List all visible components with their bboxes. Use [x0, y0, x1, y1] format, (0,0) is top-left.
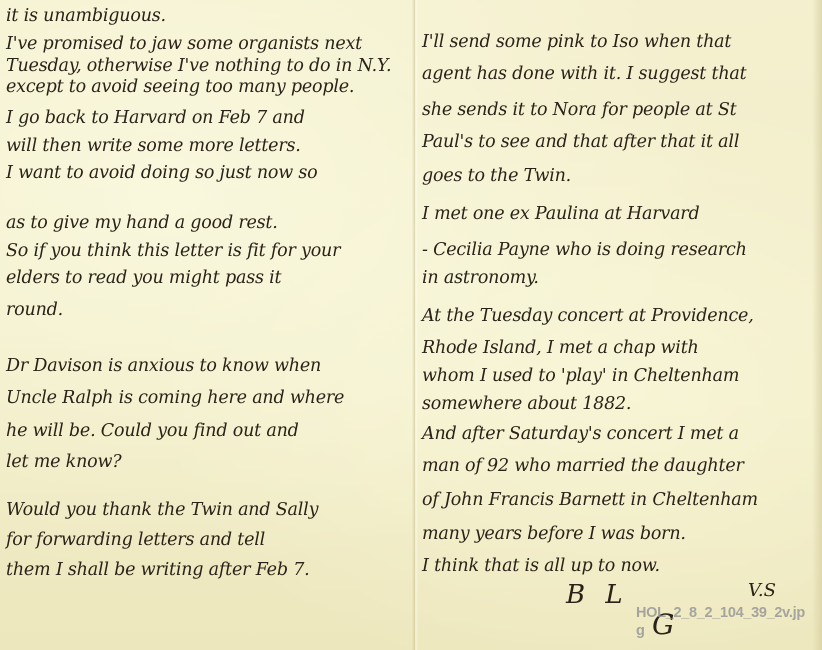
filename-watermark: HOL_2_8_2_104_39_2v.jpg [636, 604, 806, 640]
page-fold [412, 0, 418, 650]
letter-line: man of 92 who married the daughter [422, 456, 744, 476]
letter-line: I think that is all up to now. [422, 556, 660, 576]
letter-line: agent has done with it. I suggest that [422, 64, 746, 84]
letter-line: - Cecilia Payne who is doing research [422, 240, 747, 260]
letter-line: goes to the Twin. [422, 166, 571, 186]
letter-line: them I shall be writing after Feb 7. [6, 560, 310, 580]
letter-line: let me know? [6, 452, 121, 472]
letter-line: Paul's to see and that after that it all [422, 132, 739, 152]
letter-line: of John Francis Barnett in Cheltenham [422, 490, 758, 510]
letter-line: whom I used to 'play' in Cheltenham [422, 366, 739, 386]
letter-line: Uncle Ralph is coming here and where [6, 388, 344, 408]
letter-line: for forwarding letters and tell [6, 530, 265, 550]
letter-line: round. [6, 300, 63, 320]
letter-line: somewhere about 1882. [422, 394, 631, 414]
letter-line: he will be. Could you find out and [6, 421, 299, 441]
letter-line: elders to read you might pass it [6, 268, 281, 288]
letter-line: I've promised to jaw some organists next [6, 34, 362, 54]
letter-line: Would you thank the Twin and Sally [6, 500, 318, 520]
signature-initials: B L [566, 580, 629, 610]
letter-line: in astronomy. [422, 268, 539, 288]
letter-line: So if you think this letter is fit for y… [6, 241, 340, 261]
letter-line: it is unambiguous. [6, 6, 166, 26]
letter-line: Tuesday, otherwise I've nothing to do in… [6, 56, 391, 76]
letter-line: Rhode Island, I met a chap with [422, 338, 699, 358]
letter-line: she sends it to Nora for people at St [422, 100, 736, 120]
letter-line: many years before I was born. [422, 524, 686, 544]
letter-line: as to give my hand a good rest. [6, 213, 278, 233]
letter-line: except to avoid seeing too many people. [6, 77, 354, 97]
letter-line: At the Tuesday concert at Providence, [422, 306, 754, 326]
letter-line: I met one ex Paulina at Harvard [422, 204, 699, 224]
signature-postscript: V.S [748, 580, 776, 601]
letter-line: Dr Davison is anxious to know when [6, 356, 321, 376]
letter-line: I'll send some pink to Iso when that [422, 32, 731, 52]
letter-line: will then write some more letters. [6, 136, 301, 156]
letter-line: I want to avoid doing so just now so [6, 163, 318, 183]
letter-line: And after Saturday's concert I met a [422, 424, 739, 444]
letter-line: I go back to Harvard on Feb 7 and [6, 108, 305, 128]
paper-edge [812, 0, 822, 650]
letter-sheet: it is unambiguous. I've promised to jaw … [0, 0, 822, 650]
